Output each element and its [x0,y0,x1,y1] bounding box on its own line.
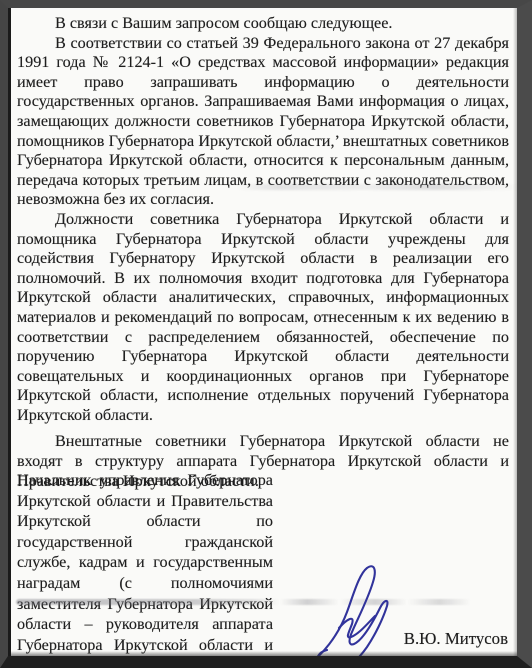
letter-body: В связи с Вашим запросом сообщаю следующ… [17,14,509,491]
scanner-frame: В связи с Вашим запросом сообщаю следующ… [0,0,532,668]
signer-name: В.Ю. Митусов [404,629,508,649]
handwritten-signature-icon [292,556,418,656]
scan-edge-shadow-bottom [11,651,517,656]
body-paragraph: Должности советника Губернатора Иркутско… [17,210,509,426]
scanned-letter-page: В связи с Вашим запросом сообщаю следующ… [8,8,517,656]
scan-edge-shadow-right [513,8,517,656]
scan-smudge-artifact [236,184,517,190]
signer-position-title: Начальник управления Губернатора Иркутск… [17,470,273,656]
body-paragraph: В связи с Вашим запросом сообщаю следующ… [17,14,509,34]
